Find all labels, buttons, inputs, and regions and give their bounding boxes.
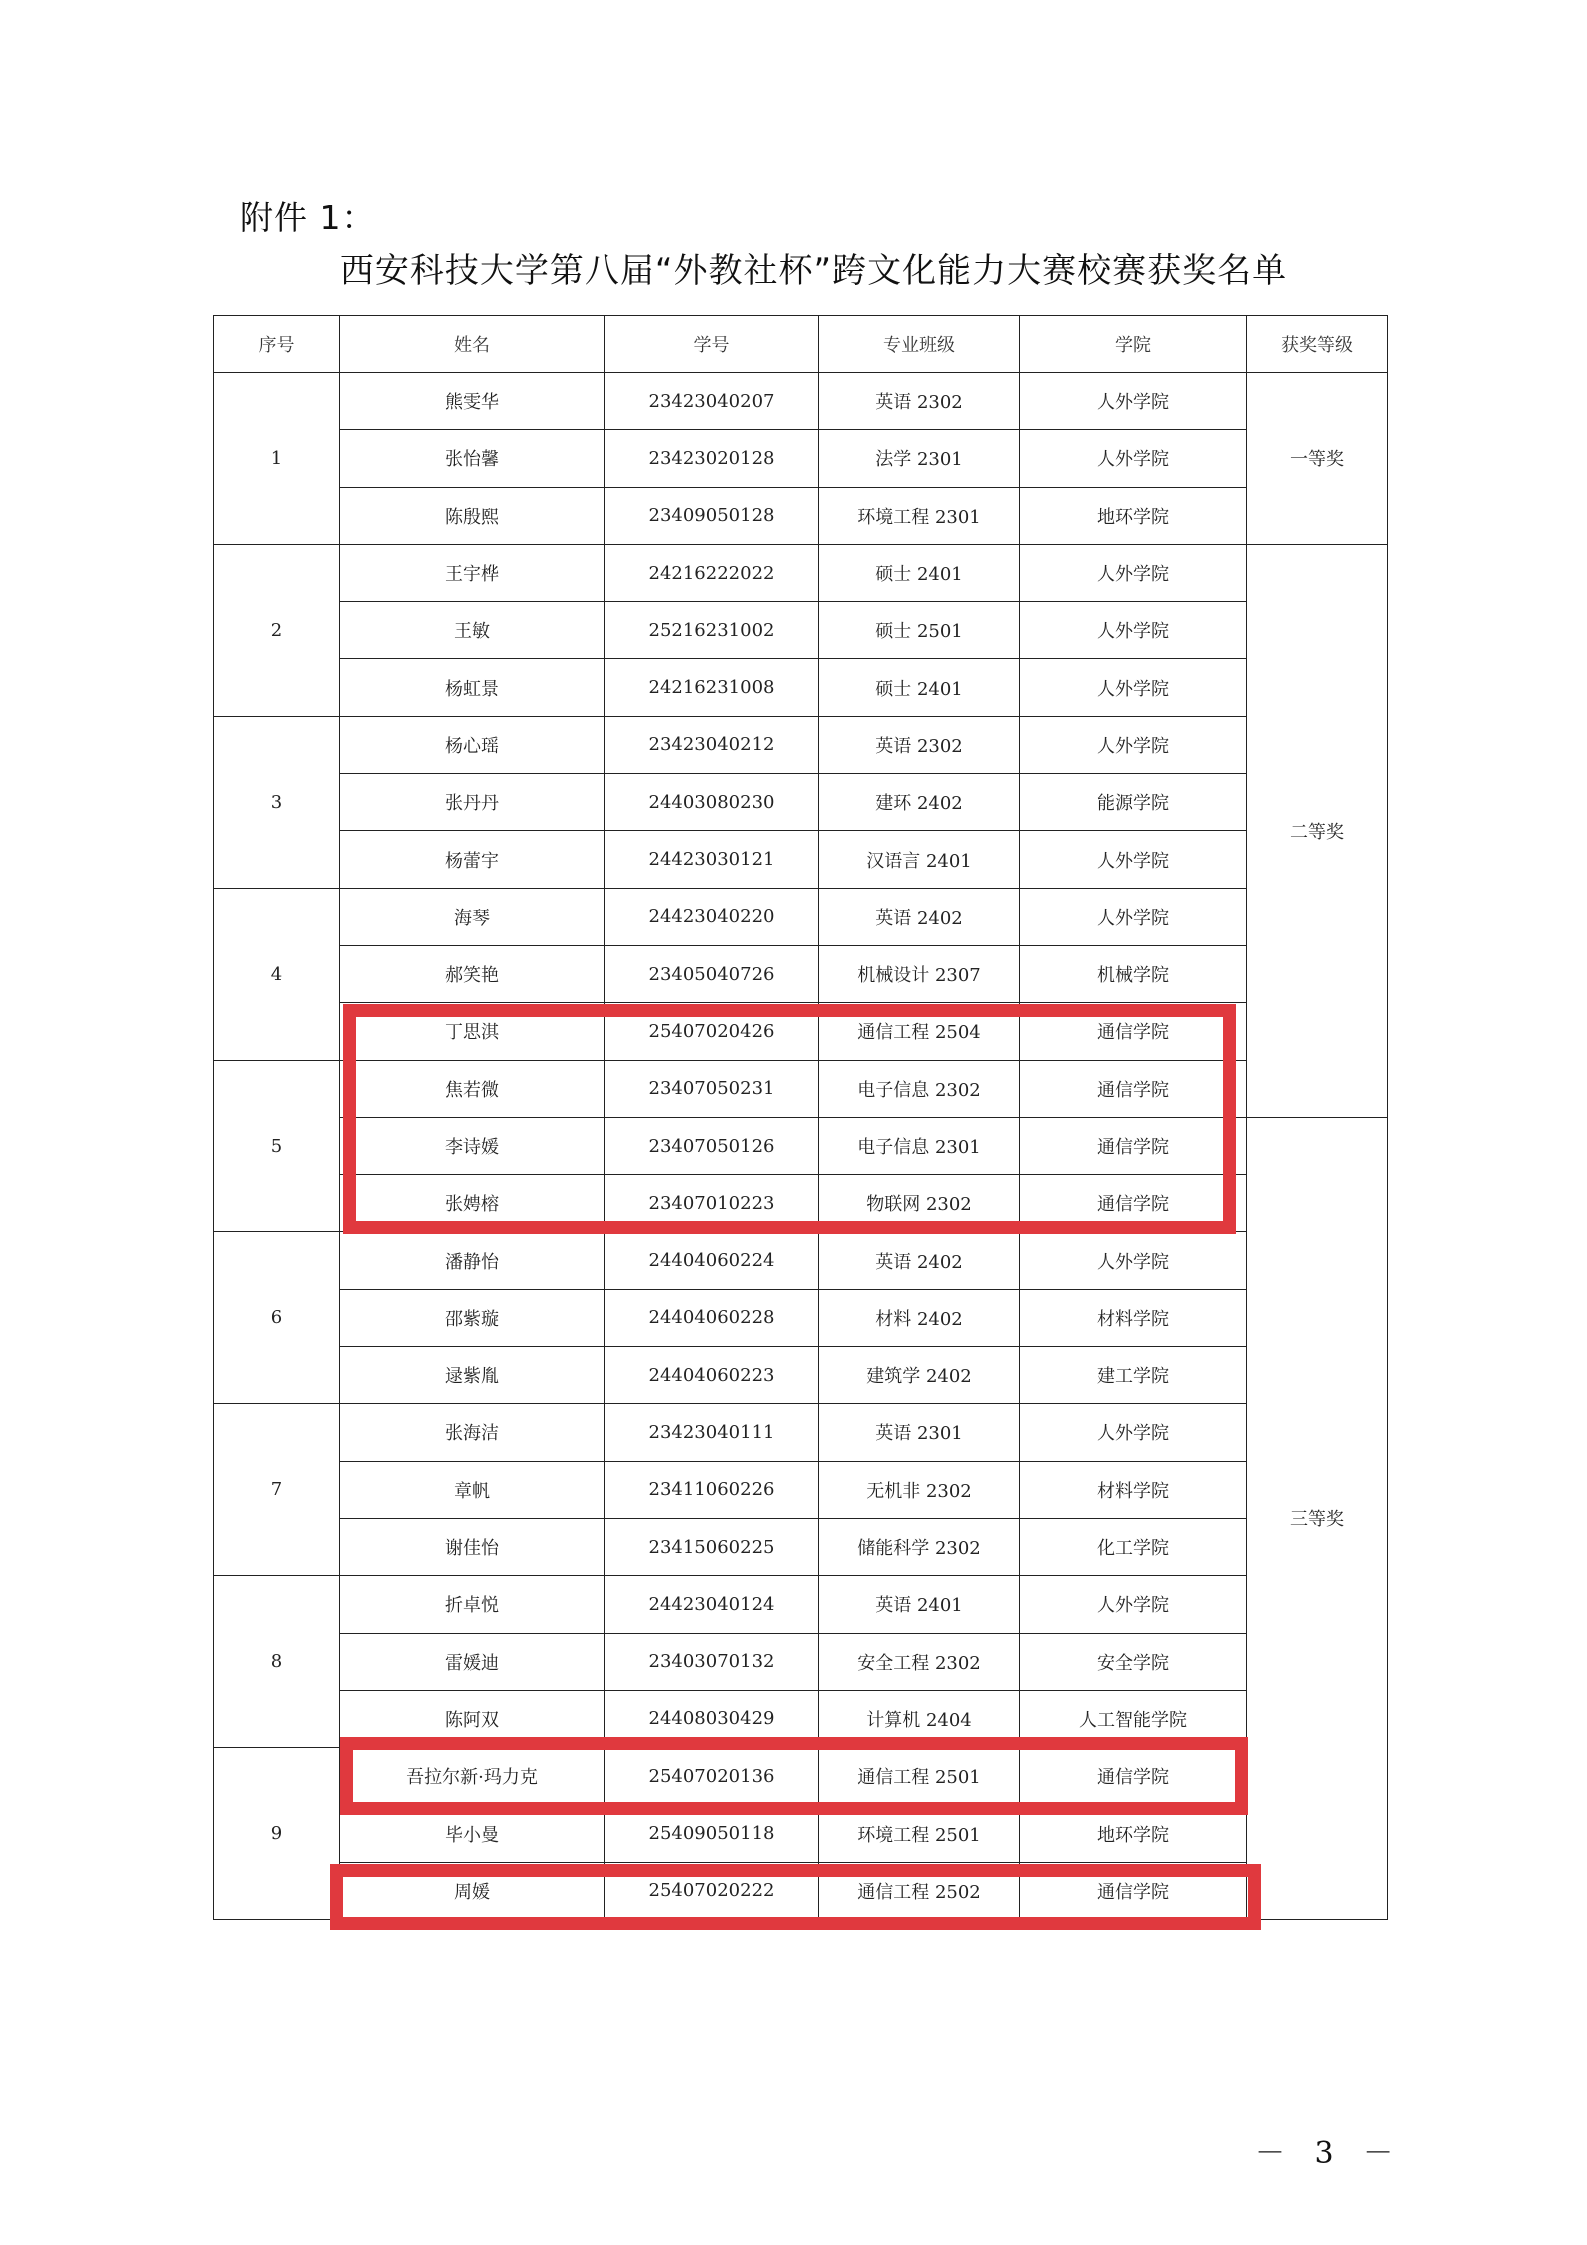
cell-id: 24216222022 xyxy=(605,544,819,601)
cell-college: 人工智能学院 xyxy=(1020,1690,1247,1747)
award-level: 三等奖 xyxy=(1247,1117,1388,1919)
group-number: 7 xyxy=(214,1404,340,1576)
cell-college: 人外学院 xyxy=(1020,1404,1247,1461)
cell-name: 陈阿双 xyxy=(340,1690,605,1747)
cell-id: 23407050126 xyxy=(605,1117,819,1174)
cell-class: 硕士 2501 xyxy=(819,602,1020,659)
cell-class: 通信工程 2502 xyxy=(819,1862,1020,1919)
cell-college: 化工学院 xyxy=(1020,1518,1247,1575)
cell-class: 建筑学 2402 xyxy=(819,1347,1020,1404)
cell-name: 杨心瑶 xyxy=(340,716,605,773)
cell-college: 建工学院 xyxy=(1020,1347,1247,1404)
cell-college: 能源学院 xyxy=(1020,774,1247,831)
cell-college: 机械学院 xyxy=(1020,945,1247,1002)
page-number: － 3 － xyxy=(1255,2128,1403,2172)
cell-college: 人外学院 xyxy=(1020,831,1247,888)
cell-college: 通信学院 xyxy=(1020,1748,1247,1805)
group-number: 2 xyxy=(214,544,340,716)
table-row: 2王宇桦24216222022硕士 2401人外学院二等奖 xyxy=(214,544,1388,601)
cell-class: 安全工程 2302 xyxy=(819,1633,1020,1690)
cell-id: 23423040212 xyxy=(605,716,819,773)
cell-class: 硕士 2401 xyxy=(819,659,1020,716)
table-row: 邵紫璇24404060228材料 2402材料学院 xyxy=(214,1289,1388,1346)
cell-name: 熊雯华 xyxy=(340,373,605,430)
table-row: 郝笑艳23405040726机械设计 2307机械学院 xyxy=(214,945,1388,1002)
cell-id: 25407020222 xyxy=(605,1862,819,1919)
document-title: 西安科技大学第八届“外教社杯”跨文化能力大赛校赛获奖名单 xyxy=(0,243,1587,292)
cell-college: 通信学院 xyxy=(1020,1060,1247,1117)
cell-name: 王敏 xyxy=(340,602,605,659)
group-number: 8 xyxy=(214,1576,340,1748)
cell-name: 潘静怡 xyxy=(340,1232,605,1289)
cell-college: 人外学院 xyxy=(1020,659,1247,716)
table-row: 李诗媛23407050126电子信息 2301通信学院三等奖 xyxy=(214,1117,1388,1174)
cell-name: 逯紫胤 xyxy=(340,1347,605,1404)
table-row: 谢佳怡23415060225储能科学 2302化工学院 xyxy=(214,1518,1388,1575)
cell-college: 通信学院 xyxy=(1020,1175,1247,1232)
table-row: 6潘静怡24404060224英语 2402人外学院 xyxy=(214,1232,1388,1289)
cell-id: 23423040207 xyxy=(605,373,819,430)
header-college: 学院 xyxy=(1020,316,1247,373)
cell-college: 材料学院 xyxy=(1020,1461,1247,1518)
cell-name: 张娉榕 xyxy=(340,1175,605,1232)
cell-id: 24423040220 xyxy=(605,888,819,945)
cell-name: 海琴 xyxy=(340,888,605,945)
table-row: 7张海洁23423040111英语 2301人外学院 xyxy=(214,1404,1388,1461)
cell-class: 建环 2402 xyxy=(819,774,1020,831)
cell-college: 人外学院 xyxy=(1020,430,1247,487)
table-row: 4海琴24423040220英语 2402人外学院 xyxy=(214,888,1388,945)
cell-name: 杨蕾宇 xyxy=(340,831,605,888)
cell-id: 23423020128 xyxy=(605,430,819,487)
cell-class: 英语 2302 xyxy=(819,716,1020,773)
cell-class: 电子信息 2302 xyxy=(819,1060,1020,1117)
cell-id: 23409050128 xyxy=(605,487,819,544)
cell-college: 人外学院 xyxy=(1020,602,1247,659)
cell-college: 通信学院 xyxy=(1020,1862,1247,1919)
cell-name: 章帆 xyxy=(340,1461,605,1518)
group-number: 9 xyxy=(214,1748,340,1920)
cell-college: 地环学院 xyxy=(1020,487,1247,544)
table-row: 周媛25407020222通信工程 2502通信学院 xyxy=(214,1862,1388,1919)
cell-name: 杨虹景 xyxy=(340,659,605,716)
header-student-id: 学号 xyxy=(605,316,819,373)
cell-id: 24404060223 xyxy=(605,1347,819,1404)
cell-id: 23423040111 xyxy=(605,1404,819,1461)
cell-class: 电子信息 2301 xyxy=(819,1117,1020,1174)
cell-class: 英语 2402 xyxy=(819,1232,1020,1289)
cell-college: 材料学院 xyxy=(1020,1289,1247,1346)
cell-college: 地环学院 xyxy=(1020,1805,1247,1862)
header-award: 获奖等级 xyxy=(1247,316,1388,373)
cell-id: 24423040124 xyxy=(605,1576,819,1633)
cell-id: 25407020426 xyxy=(605,1003,819,1060)
cell-class: 硕士 2401 xyxy=(819,544,1020,601)
cell-class: 通信工程 2504 xyxy=(819,1003,1020,1060)
cell-id: 24404060228 xyxy=(605,1289,819,1346)
cell-name: 焦若微 xyxy=(340,1060,605,1117)
cell-name: 毕小曼 xyxy=(340,1805,605,1862)
cell-name: 邵紫璇 xyxy=(340,1289,605,1346)
cell-class: 英语 2302 xyxy=(819,373,1020,430)
cell-id: 23411060226 xyxy=(605,1461,819,1518)
cell-class: 英语 2401 xyxy=(819,1576,1020,1633)
group-number: 6 xyxy=(214,1232,340,1404)
cell-college: 通信学院 xyxy=(1020,1003,1247,1060)
header-class: 专业班级 xyxy=(819,316,1020,373)
cell-college: 人外学院 xyxy=(1020,1576,1247,1633)
cell-class: 环境工程 2501 xyxy=(819,1805,1020,1862)
cell-name: 丁思淇 xyxy=(340,1003,605,1060)
header-seq: 序号 xyxy=(214,316,340,373)
cell-id: 23415060225 xyxy=(605,1518,819,1575)
table-row: 逯紫胤24404060223建筑学 2402建工学院 xyxy=(214,1347,1388,1404)
cell-college: 人外学院 xyxy=(1020,1232,1247,1289)
cell-name: 陈殷熙 xyxy=(340,487,605,544)
cell-id: 25409050118 xyxy=(605,1805,819,1862)
cell-id: 23405040726 xyxy=(605,945,819,1002)
cell-college: 人外学院 xyxy=(1020,716,1247,773)
cell-id: 23403070132 xyxy=(605,1633,819,1690)
cell-name: 吾拉尔新·玛力克 xyxy=(340,1748,605,1805)
cell-id: 23407010223 xyxy=(605,1175,819,1232)
group-number: 3 xyxy=(214,716,340,888)
cell-name: 郝笑艳 xyxy=(340,945,605,1002)
table-row: 3杨心瑶23423040212英语 2302人外学院 xyxy=(214,716,1388,773)
cell-college: 人外学院 xyxy=(1020,544,1247,601)
table-row: 8折卓悦24423040124英语 2401人外学院 xyxy=(214,1576,1388,1633)
cell-id: 24216231008 xyxy=(605,659,819,716)
table-row: 杨蕾宇24423030121汉语言 2401人外学院 xyxy=(214,831,1388,888)
cell-class: 通信工程 2501 xyxy=(819,1748,1020,1805)
award-level: 二等奖 xyxy=(1247,544,1388,1117)
header-name: 姓名 xyxy=(340,316,605,373)
cell-college: 通信学院 xyxy=(1020,1117,1247,1174)
table-row: 9吾拉尔新·玛力克25407020136通信工程 2501通信学院 xyxy=(214,1748,1388,1805)
cell-class: 环境工程 2301 xyxy=(819,487,1020,544)
table-row: 雷媛迪23403070132安全工程 2302安全学院 xyxy=(214,1633,1388,1690)
cell-id: 25216231002 xyxy=(605,602,819,659)
cell-class: 计算机 2404 xyxy=(819,1690,1020,1747)
cell-id: 25407020136 xyxy=(605,1748,819,1805)
table-row: 章帆23411060226无机非 2302材料学院 xyxy=(214,1461,1388,1518)
cell-name: 周媛 xyxy=(340,1862,605,1919)
cell-class: 物联网 2302 xyxy=(819,1175,1020,1232)
table-row: 张丹丹24403080230建环 2402能源学院 xyxy=(214,774,1388,831)
cell-name: 李诗媛 xyxy=(340,1117,605,1174)
cell-name: 张海洁 xyxy=(340,1404,605,1461)
table-row: 杨虹景24216231008硕士 2401人外学院 xyxy=(214,659,1388,716)
cell-name: 雷媛迪 xyxy=(340,1633,605,1690)
table-row: 毕小曼25409050118环境工程 2501地环学院 xyxy=(214,1805,1388,1862)
cell-college: 人外学院 xyxy=(1020,373,1247,430)
cell-college: 人外学院 xyxy=(1020,888,1247,945)
cell-name: 王宇桦 xyxy=(340,544,605,601)
cell-name: 张丹丹 xyxy=(340,774,605,831)
cell-class: 机械设计 2307 xyxy=(819,945,1020,1002)
cell-name: 谢佳怡 xyxy=(340,1518,605,1575)
cell-class: 汉语言 2401 xyxy=(819,831,1020,888)
table-header-row: 序号 姓名 学号 专业班级 学院 获奖等级 xyxy=(214,316,1388,373)
cell-college: 安全学院 xyxy=(1020,1633,1247,1690)
table-row: 丁思淇25407020426通信工程 2504通信学院 xyxy=(214,1003,1388,1060)
cell-class: 英语 2301 xyxy=(819,1404,1020,1461)
group-number: 5 xyxy=(214,1060,340,1232)
group-number: 4 xyxy=(214,888,340,1060)
table-row: 陈阿双24408030429计算机 2404人工智能学院 xyxy=(214,1690,1388,1747)
attachment-label: 附件 1： xyxy=(240,192,376,239)
cell-class: 无机非 2302 xyxy=(819,1461,1020,1518)
cell-id: 24423030121 xyxy=(605,831,819,888)
table-row: 陈殷熙23409050128环境工程 2301地环学院 xyxy=(214,487,1388,544)
table-row: 王敏25216231002硕士 2501人外学院 xyxy=(214,602,1388,659)
cell-id: 24403080230 xyxy=(605,774,819,831)
cell-class: 储能科学 2302 xyxy=(819,1518,1020,1575)
table-row: 5焦若微23407050231电子信息 2302通信学院 xyxy=(214,1060,1388,1117)
table-row: 张怡馨23423020128法学 2301人外学院 xyxy=(214,430,1388,487)
table-row: 1熊雯华23423040207英语 2302人外学院一等奖 xyxy=(214,373,1388,430)
group-number: 1 xyxy=(214,373,340,545)
cell-class: 法学 2301 xyxy=(819,430,1020,487)
cell-name: 折卓悦 xyxy=(340,1576,605,1633)
award-level: 一等奖 xyxy=(1247,373,1388,545)
cell-id: 24408030429 xyxy=(605,1690,819,1747)
award-table: 序号 姓名 学号 专业班级 学院 获奖等级 1熊雯华23423040207英语 … xyxy=(213,315,1388,1920)
table-row: 张娉榕23407010223物联网 2302通信学院 xyxy=(214,1175,1388,1232)
cell-name: 张怡馨 xyxy=(340,430,605,487)
cell-id: 23407050231 xyxy=(605,1060,819,1117)
cell-class: 材料 2402 xyxy=(819,1289,1020,1346)
cell-id: 24404060224 xyxy=(605,1232,819,1289)
cell-class: 英语 2402 xyxy=(819,888,1020,945)
